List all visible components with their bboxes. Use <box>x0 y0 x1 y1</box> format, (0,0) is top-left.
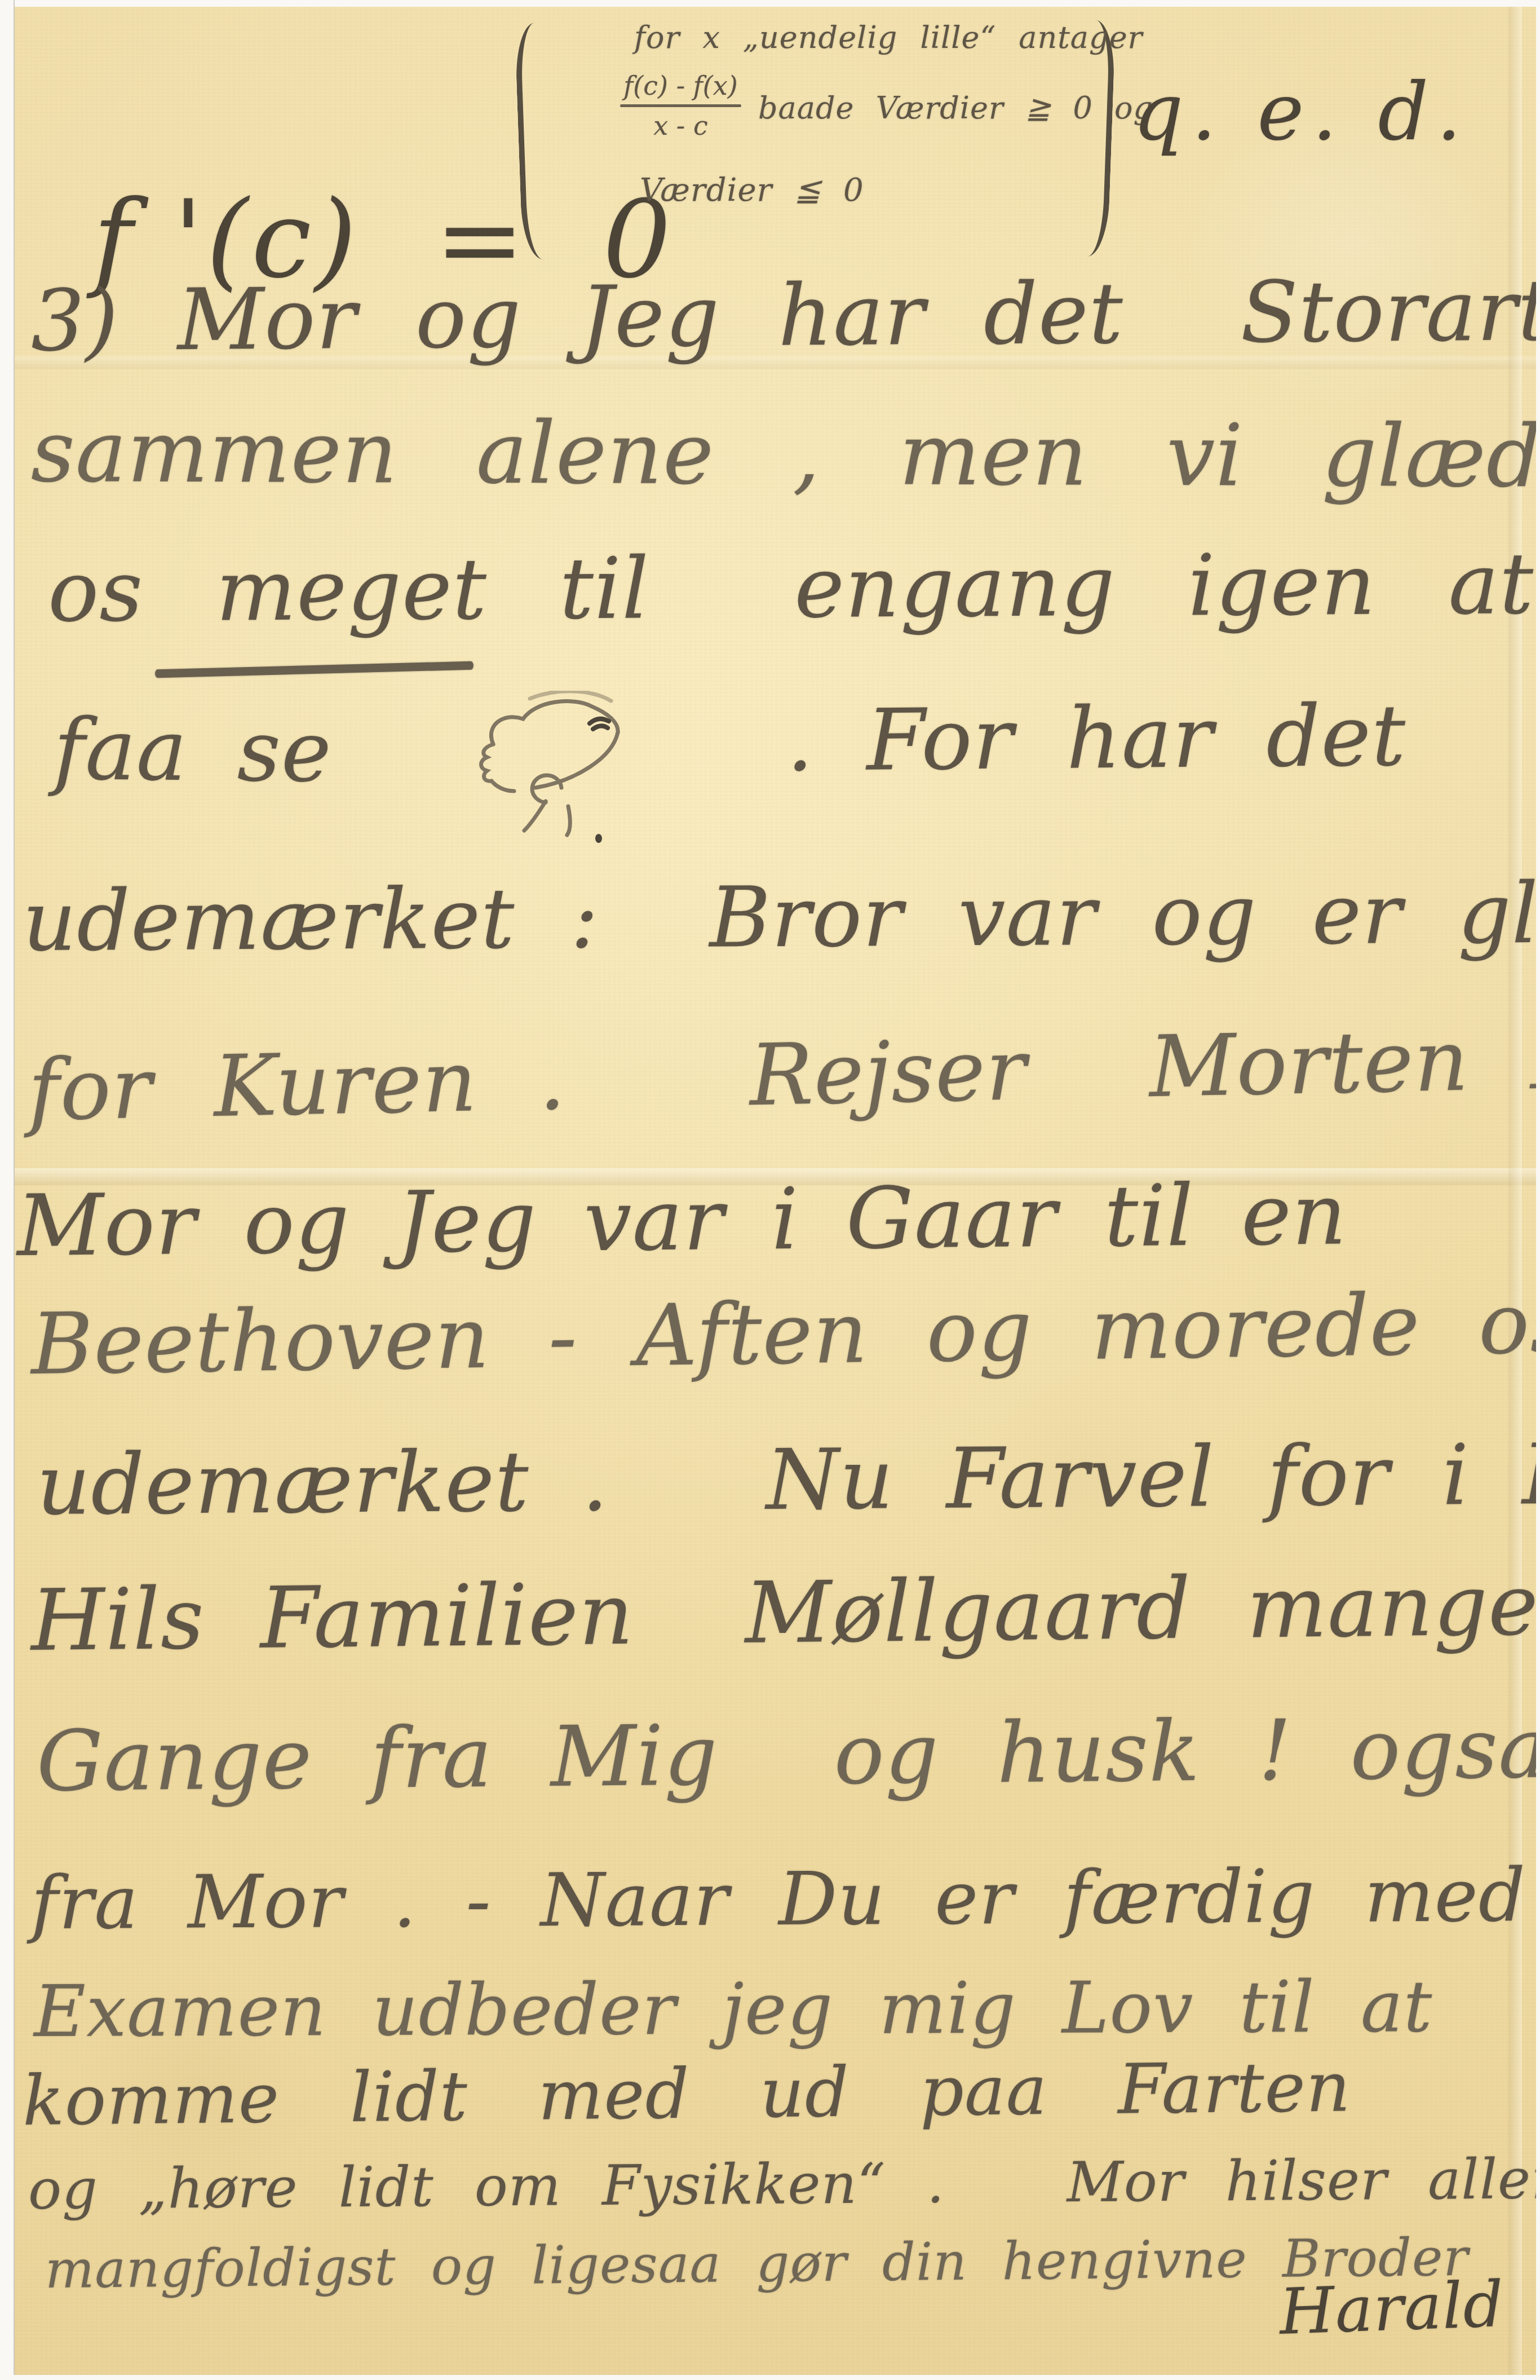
formula-fraction: f(c) - f(x) x - c <box>620 70 741 141</box>
handwritten-line-5: . For har det <box>786 694 1406 784</box>
formula-condition-line3: Værdier ≦ 0 <box>640 175 864 206</box>
formula-condition-line2: baade Værdier ≧ 0 og <box>758 93 1153 123</box>
handwritten-line-8: Mor og Jeg var i Gaar til en <box>16 1172 1347 1269</box>
handwritten-line-9: Beethoven - Aften og morede os <box>30 1281 1540 1387</box>
scan-edge-left <box>0 0 15 2380</box>
handwritten-line-15: komme lidt med ud paa Farten <box>22 2052 1351 2135</box>
handwritten-line-16: og „høre lidt om Fysikken“ . Mor hilser … <box>28 2152 1540 2218</box>
profile-face-doodle <box>451 691 631 843</box>
handwritten-line-14: Examen udbeder jeg mig Lov til at <box>34 1971 1433 2047</box>
fraction-numerator: f(c) - f(x) <box>620 70 741 101</box>
handwritten-line-13: fra Mor . - Naar Du er færdig med <box>31 1858 1526 1940</box>
handwritten-line-6: udemærket : Bror var og er glad <box>23 871 1540 963</box>
handwritten-line-4: faa se <box>53 708 332 794</box>
signature-harald: Harald . <box>1278 2271 1540 2344</box>
scanned-letter-page: f '(c) = 0 for x „uendelig lille“ antage… <box>0 0 1540 2380</box>
fraction-denominator: x - c <box>620 111 741 141</box>
scan-edge-top <box>0 0 1540 7</box>
handwritten-line-11: Hils Familien Møllgaard mange <box>30 1563 1539 1663</box>
handwritten-line-2: sammen alene , men vi glæder <box>31 409 1540 500</box>
fraction-bar <box>620 104 741 107</box>
handwritten-line-10: udemærket . Nu Farvel for i Dag . <box>36 1431 1540 1527</box>
scan-edge-bottom <box>0 2375 1540 2380</box>
handwritten-line-12: Gange fra Mig og husk ! ogsaa <box>36 1706 1540 1803</box>
scan-edge-right <box>1536 0 1540 2380</box>
formula-condition-line1: for x „uendelig lille“ antager <box>634 23 1143 53</box>
handwritten-line-1: 3) Mor og Jeg har det Storartet <box>30 268 1540 364</box>
handwritten-line-3: os meget til engang igen at <box>48 542 1534 634</box>
handwritten-line-17: mangfoldigst og ligesaa gør din hengivne… <box>45 2232 1469 2296</box>
formula-qed: q. e. d. <box>1133 73 1470 152</box>
